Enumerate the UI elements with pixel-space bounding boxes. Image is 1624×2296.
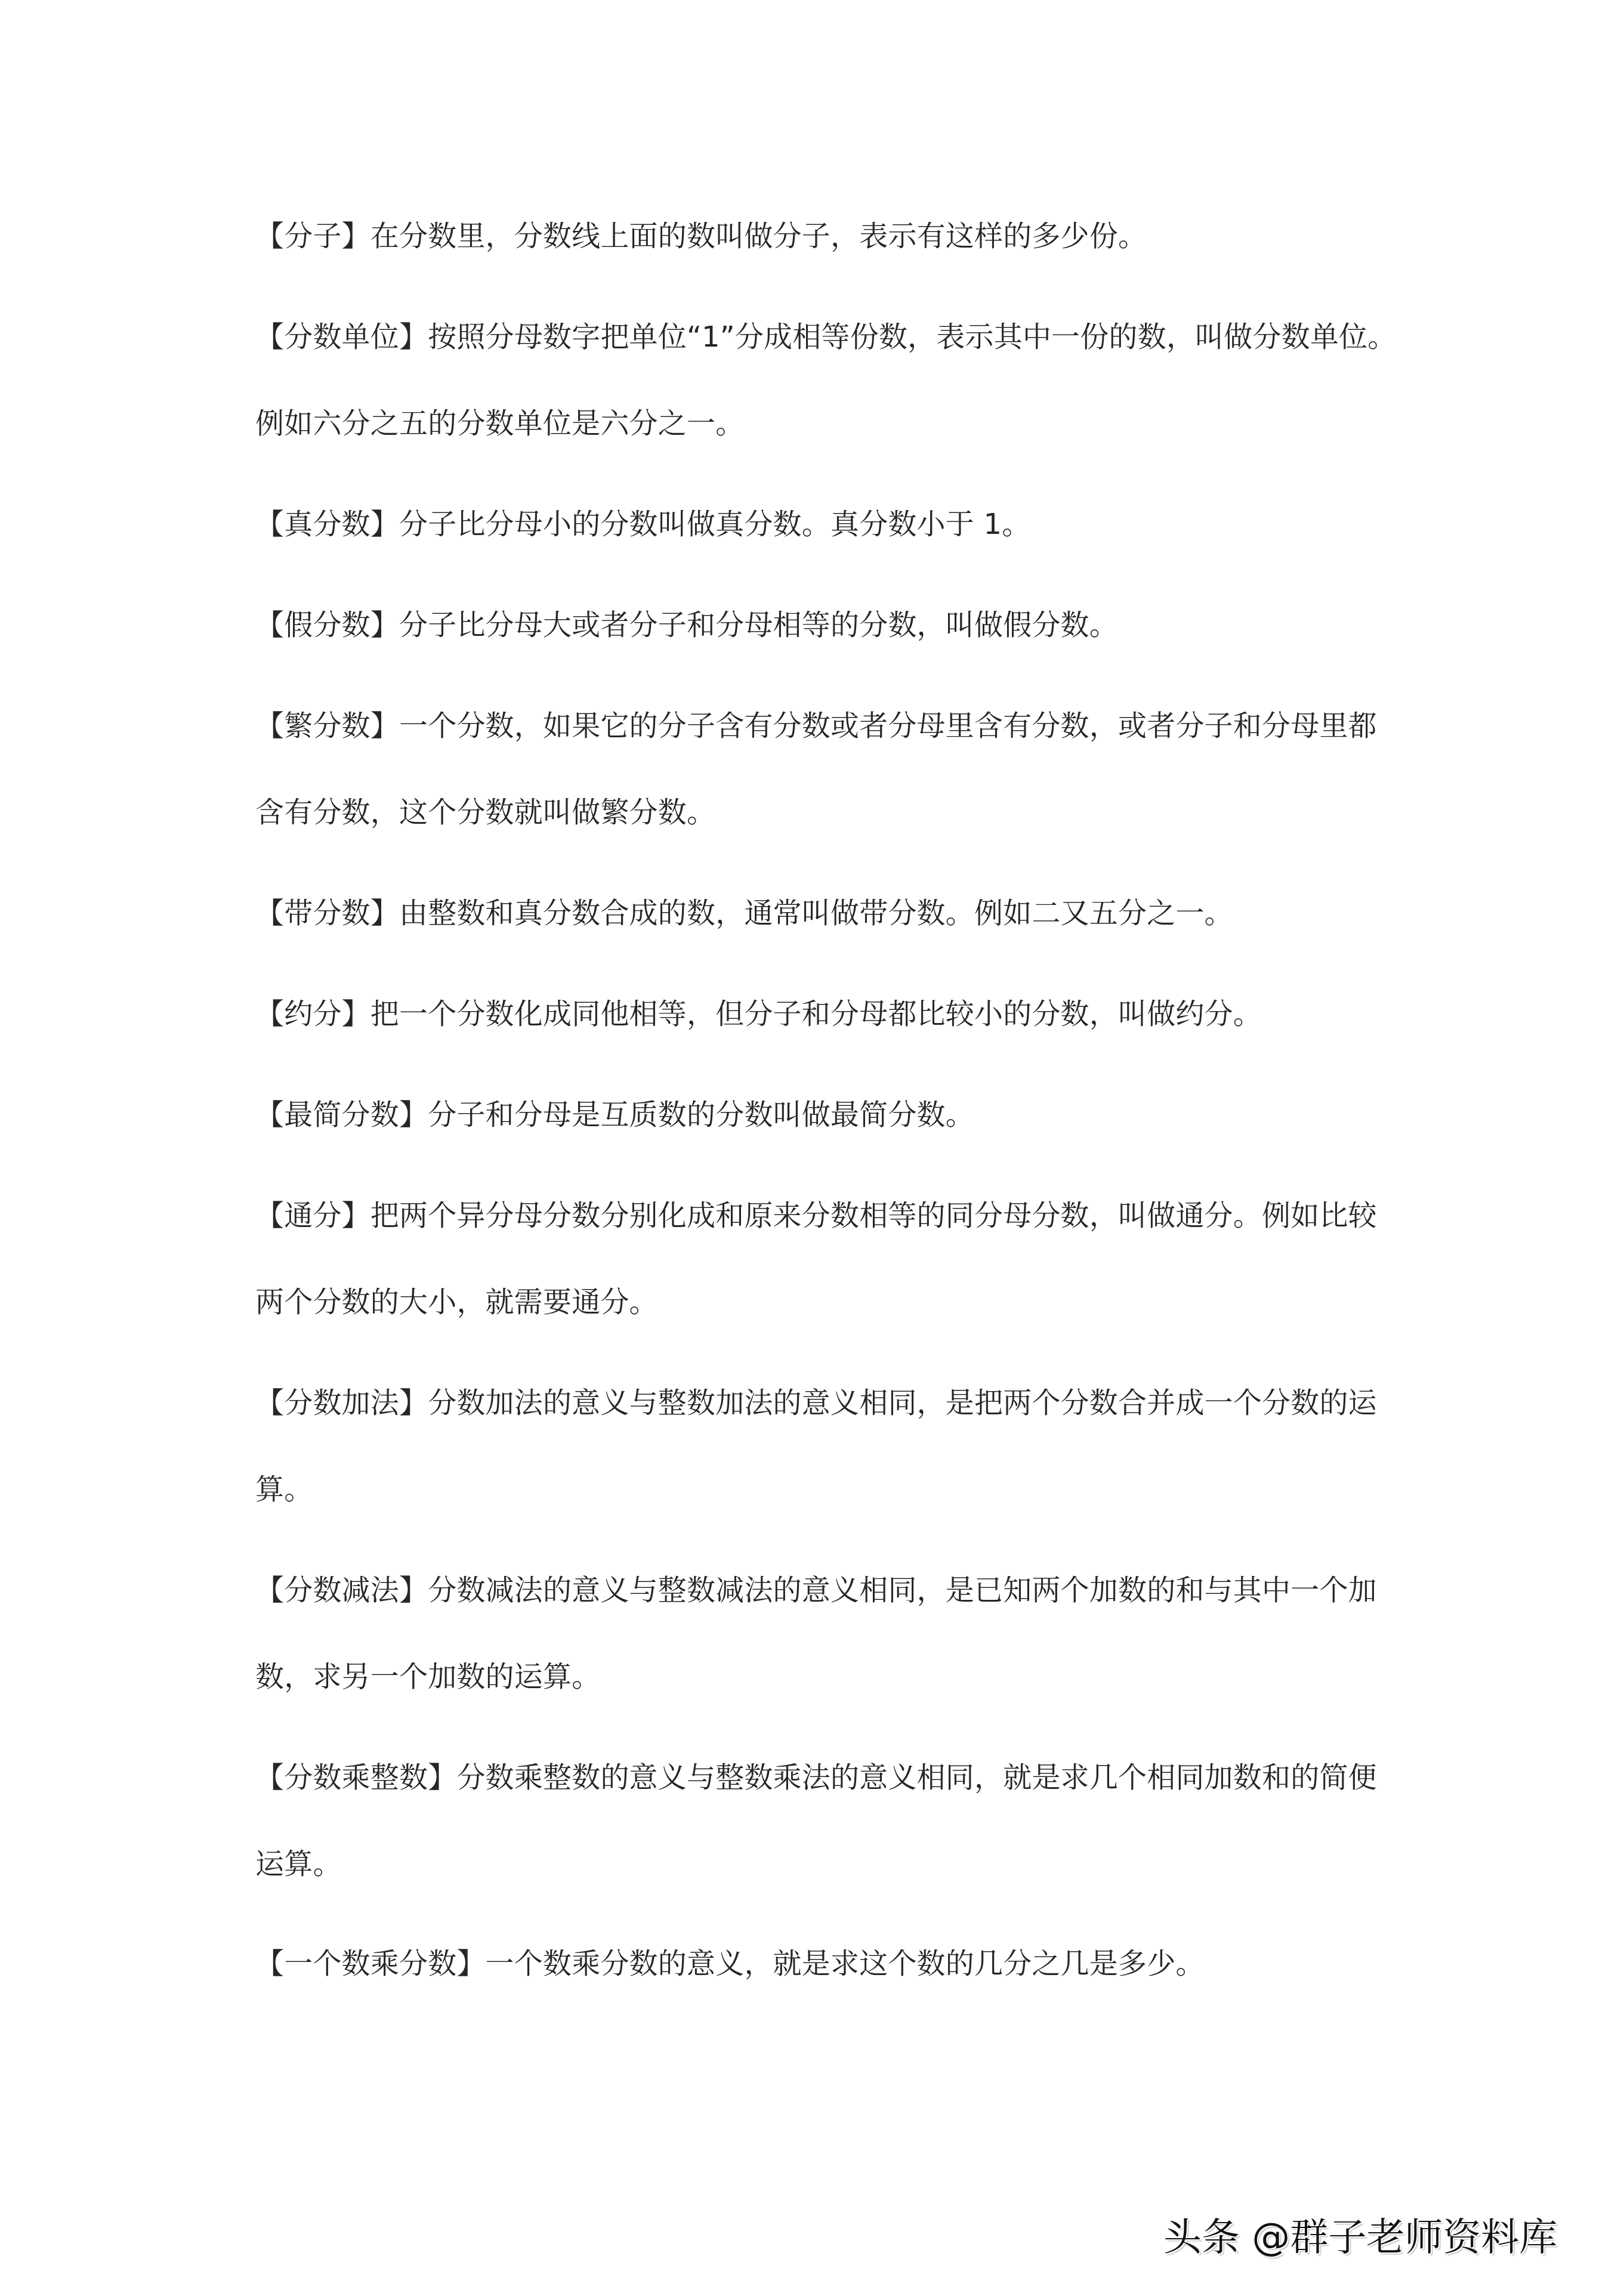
paragraph-complex-fraction-line-1: 【繁分数】一个分数，如果它的分子含有分数或者分母里含有分数，或者分子和分母里都	[255, 708, 1377, 744]
paragraph-fraction-unit-line-2: 例如六分之五的分数单位是六分之一。	[255, 406, 1377, 441]
paragraph-fraction-unit-line-1: 【分数单位】按照分母数字把单位“1”分成相等份数，表示其中一份的数，叫做分数单位…	[255, 319, 1377, 355]
paragraph-number-times-fraction-line-1: 【一个数乘分数】一个数乘分数的意义，就是求这个数的几分之几是多少。	[255, 1946, 1377, 1982]
paragraph-proper-fraction-line-1: 【真分数】分子比分母小的分数叫做真分数。真分数小于 1。	[255, 506, 1377, 542]
paragraph-fraction-addition-line-1: 【分数加法】分数加法的意义与整数加法的意义相同，是把两个分数合并成一个分数的运	[255, 1385, 1377, 1421]
paragraph-mixed-number-line-1: 【带分数】由整数和真分数合成的数，通常叫做带分数。例如二又五分之一。	[255, 895, 1377, 931]
paragraph-simplest-fraction-line-1: 【最简分数】分子和分母是互质数的分数叫做最简分数。	[255, 1097, 1377, 1133]
watermark: 头条 @群子老师资料库	[1163, 2211, 1557, 2264]
paragraph-complex-fraction-line-2: 含有分数，这个分数就叫做繁分数。	[255, 795, 1377, 830]
paragraph-common-denominator-line-1: 【通分】把两个异分母分数分别化成和原来分数相等的同分母分数，叫做通分。例如比较	[255, 1198, 1377, 1234]
paragraph-improper-fraction-line-1: 【假分数】分子比分母大或者分子和分母相等的分数，叫做假分数。	[255, 607, 1377, 643]
paragraph-fraction-subtraction-line-1: 【分数减法】分数减法的意义与整数减法的意义相同，是已知两个加数的和与其中一个加	[255, 1572, 1377, 1608]
document-page: 【分子】在分数里，分数线上面的数叫做分子，表示有这样的多少份。 【分数单位】按照…	[0, 0, 1624, 2296]
paragraph-fraction-addition-line-2: 算。	[255, 1472, 1377, 1507]
paragraph-fraction-times-integer-line-1: 【分数乘整数】分数乘整数的意义与整数乘法的意义相同，就是求几个相同加数和的简便	[255, 1760, 1377, 1796]
paragraph-fraction-subtraction-line-2: 数，求另一个加数的运算。	[255, 1659, 1377, 1695]
paragraph-reduction-line-1: 【约分】把一个分数化成同他相等，但分子和分母都比较小的分数，叫做约分。	[255, 996, 1377, 1032]
paragraph-numerator-line-1: 【分子】在分数里，分数线上面的数叫做分子，表示有这样的多少份。	[255, 218, 1377, 254]
paragraph-fraction-times-integer-line-2: 运算。	[255, 1846, 1377, 1882]
paragraph-common-denominator-line-2: 两个分数的大小，就需要通分。	[255, 1284, 1377, 1320]
